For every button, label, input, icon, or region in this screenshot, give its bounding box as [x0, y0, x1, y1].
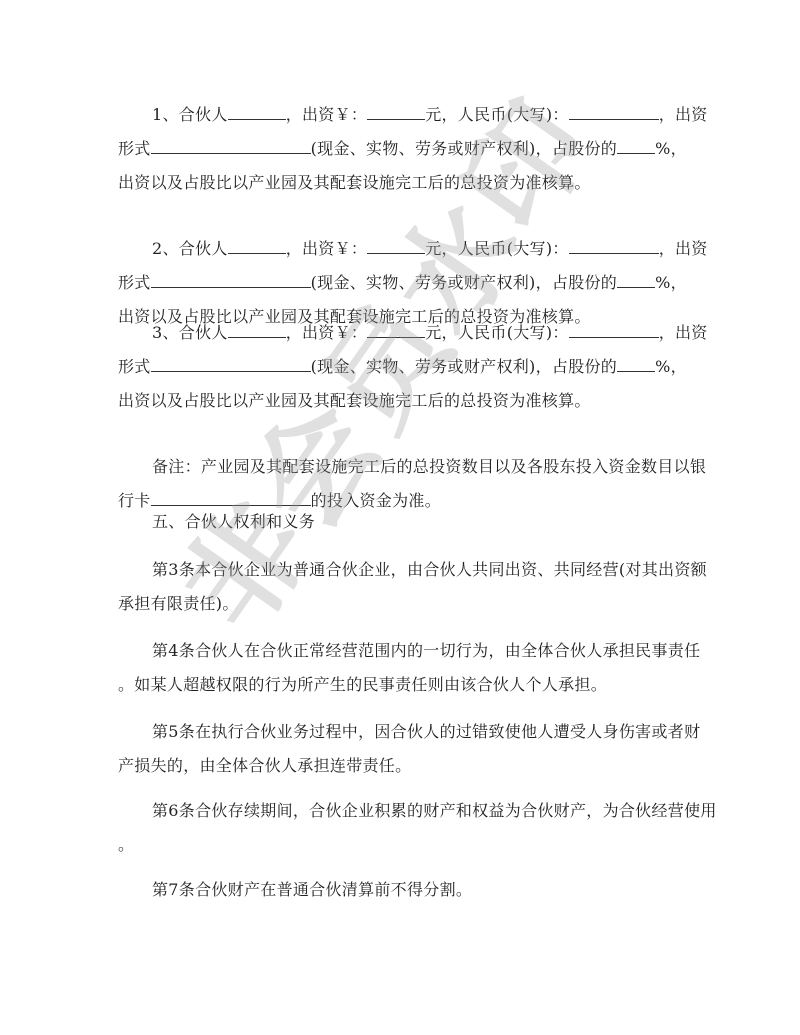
accounting-basis-text: 出资以及占股比以产业园及其配套设施完工后的总投资为准核算。 — [118, 166, 688, 200]
rmb-uppercase-blank — [569, 101, 659, 120]
amount-label: ，出资￥： — [286, 105, 368, 124]
amount-blank — [367, 319, 425, 338]
form-kinds-text: (现金、实物、劳务或财产权利)，占股份的 — [311, 139, 618, 158]
share-percent-blank — [617, 269, 655, 288]
form-label: 形式 — [118, 139, 151, 158]
rmb-label: 元，人民币(大写)： — [425, 323, 569, 342]
rmb-uppercase-blank — [569, 319, 659, 338]
article-line-2: 承担有限责任)。 — [118, 587, 688, 621]
clause-line: 形式(现金、实物、劳务或财产权利)，占股份的%， — [118, 350, 688, 384]
percent-sign: %， — [655, 357, 687, 376]
clause-line: 1、合伙人，出资￥：元，人民币(大写)：，出资 — [118, 98, 688, 132]
amount-blank — [367, 101, 425, 120]
accounting-basis-text: 出资以及占股比以产业园及其配套设施完工后的总投资为准核算。 — [118, 384, 688, 418]
partner-name-blank — [228, 101, 286, 120]
partner-name-blank — [228, 235, 286, 254]
rmb-label: 元，人民币(大写)： — [425, 239, 569, 258]
clause-line: 2、合伙人，出资￥：元，人民币(大写)：，出资 — [118, 232, 688, 266]
amount-blank — [367, 235, 425, 254]
clause-line: 形式(现金、实物、劳务或财产权利)，占股份的%， — [118, 266, 688, 300]
form-blank — [151, 353, 311, 372]
article-3: 第3条本合伙企业为普通合伙企业，由合伙人共同出资、共同经营(对其出资额 承担有限… — [118, 553, 688, 621]
partner-label: 3、合伙人 — [152, 323, 228, 342]
form-label: 形式 — [118, 357, 151, 376]
section-heading-block: 五、合伙人权利和义务 — [118, 505, 688, 539]
section-heading: 五、合伙人权利和义务 — [118, 505, 688, 539]
article-line-2: 。 — [118, 828, 688, 862]
amount-label: ，出资￥： — [286, 323, 368, 342]
partner-name-blank — [228, 319, 286, 338]
article-line-1: 第7条合伙财产在普通合伙清算前不得分割。 — [118, 873, 688, 907]
form-kinds-text: (现金、实物、劳务或财产权利)，占股份的 — [311, 273, 618, 292]
clause-line: 3、合伙人，出资￥：元，人民币(大写)：，出资 — [118, 316, 688, 350]
contribution-label: ，出资 — [659, 105, 708, 124]
article-line-1: 第5条在执行合伙业务过程中，因合伙人的过错致使他人遭受人身伤害或者财 — [118, 715, 688, 749]
document-page: 1、合伙人，出资￥：元，人民币(大写)：，出资 形式(现金、实物、劳务或财产权利… — [0, 0, 800, 1035]
bank-card-blank — [151, 487, 311, 506]
article-5: 第5条在执行合伙业务过程中，因合伙人的过错致使他人遭受人身伤害或者财 产损失的，… — [118, 715, 688, 783]
share-percent-blank — [617, 353, 655, 372]
share-percent-blank — [617, 135, 655, 154]
article-7: 第7条合伙财产在普通合伙清算前不得分割。 — [118, 873, 688, 907]
form-blank — [151, 135, 311, 154]
form-kinds-text: (现金、实物、劳务或财产权利)，占股份的 — [311, 357, 618, 376]
partner-clause-1: 1、合伙人，出资￥：元，人民币(大写)：，出资 形式(现金、实物、劳务或财产权利… — [118, 98, 688, 200]
form-label: 形式 — [118, 273, 151, 292]
clause-line: 形式(现金、实物、劳务或财产权利)，占股份的%， — [118, 132, 688, 166]
rmb-label: 元，人民币(大写)： — [425, 105, 569, 124]
note-line-1: 备注：产业园及其配套设施完工后的总投资数目以及各股东投入资金数目以银 — [118, 450, 688, 484]
contribution-label: ，出资 — [659, 239, 708, 258]
rmb-uppercase-blank — [569, 235, 659, 254]
article-6: 第6条合伙存续期间，合伙企业积累的财产和权益为合伙财产，为合伙经营使用 。 — [118, 794, 688, 862]
partner-label: 2、合伙人 — [152, 239, 228, 258]
article-line-2: 产损失的，由全体合伙人承担连带责任。 — [118, 749, 688, 783]
article-line-1: 第3条本合伙企业为普通合伙企业，由合伙人共同出资、共同经营(对其出资额 — [118, 553, 688, 587]
article-line-1: 第6条合伙存续期间，合伙企业积累的财产和权益为合伙财产，为合伙经营使用 — [118, 794, 688, 828]
article-line-1: 第4条合伙人在合伙正常经营范围内的一切行为，由全体合伙人承担民事责任 — [118, 634, 688, 668]
percent-sign: %， — [655, 273, 687, 292]
percent-sign: %， — [655, 139, 687, 158]
amount-label: ，出资￥： — [286, 239, 368, 258]
partner-label: 1、合伙人 — [152, 105, 228, 124]
form-blank — [151, 269, 311, 288]
partner-clause-3: 3、合伙人，出资￥：元，人民币(大写)：，出资 形式(现金、实物、劳务或财产权利… — [118, 316, 688, 418]
article-4: 第4条合伙人在合伙正常经营范围内的一切行为，由全体合伙人承担民事责任 。如某人超… — [118, 634, 688, 702]
contribution-label: ，出资 — [659, 323, 708, 342]
article-line-2: 。如某人超越权限的行为所产生的民事责任则由该合伙人个人承担。 — [118, 668, 688, 702]
